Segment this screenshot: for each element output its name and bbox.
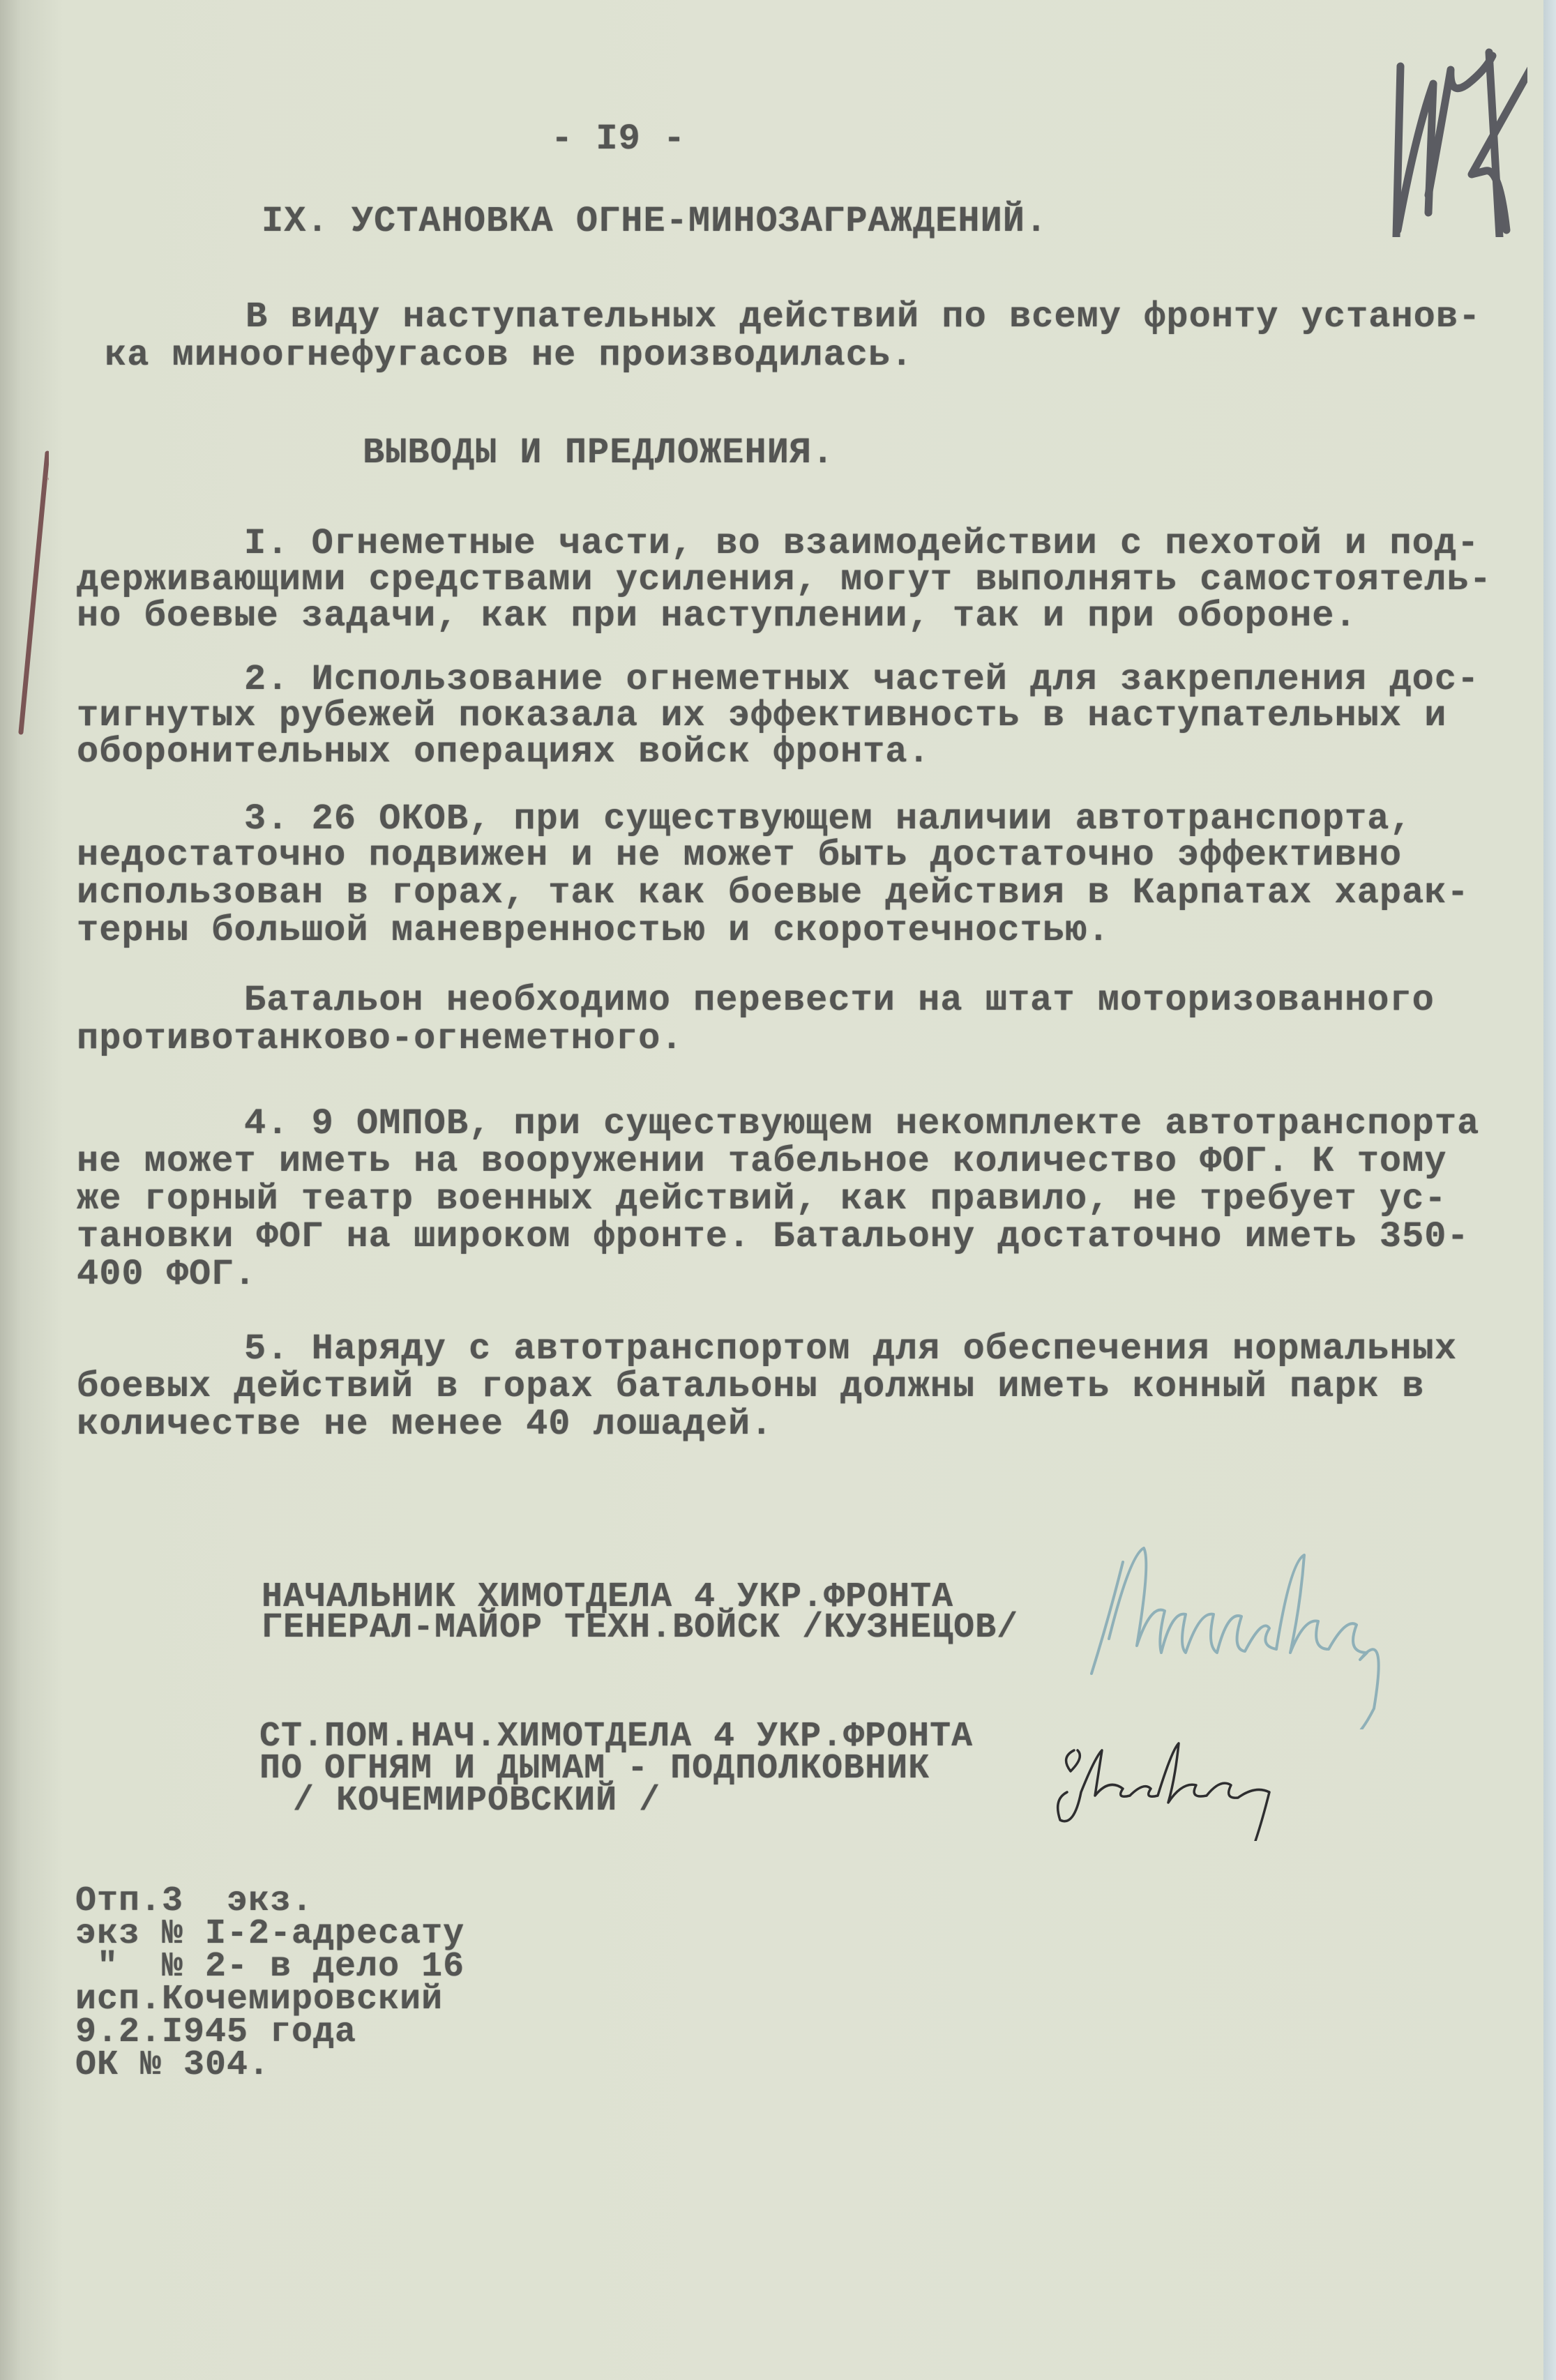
- item-3-followup-line-2: противотанково-огнеметного.: [77, 1018, 683, 1059]
- item-3-line-2: недостаточно подвижен и не может быть до…: [77, 835, 1402, 876]
- item-1-line-1: I. Огнеметные части, во взаимодействии с…: [244, 523, 1479, 564]
- intro-line-2: ка миноогнефугасов не производилась.: [105, 335, 913, 376]
- signatory-2-name: / КОЧЕМИРОВСКИЙ /: [293, 1781, 660, 1821]
- signatory-1-rank-name: ГЕНЕРАЛ-МАЙОР ТЕХН.ВОЙСК /КУЗНЕЦОВ/: [262, 1608, 1018, 1648]
- item-2-line-2: тигнутых рубежей показала их эффективнос…: [77, 695, 1447, 736]
- item-5-line-3: количестве не менее 40 лошадей.: [77, 1404, 773, 1445]
- item-5-line-1: 5. Наряду с автотранспортом для обеспече…: [244, 1328, 1457, 1370]
- item-4-line-5: 400 ФОГ.: [77, 1254, 257, 1295]
- item-1-line-2: держивающими средствами усиления, могут …: [77, 559, 1492, 600]
- item-2-line-3: оборонительных операциях войск фронта.: [77, 732, 930, 773]
- intro-line-1: В виду наступательных действий по всему …: [246, 296, 1481, 338]
- section-heading: IX. УСТАНОВКА ОГНЕ-МИНОЗАГРАЖДЕНИЙ.: [262, 201, 1048, 242]
- signature-kochemirovsky: [1046, 1729, 1325, 1841]
- item-4-line-3: же горный театр военных действий, как пр…: [77, 1178, 1447, 1220]
- item-4-line-4: тановки ФОГ на широком фронте. Батальону…: [77, 1216, 1470, 1257]
- item-3-line-4: терны большой маневренностью и скоротечн…: [77, 910, 1110, 951]
- item-3-followup-line-1: Батальон необходимо перевести на штат мо…: [244, 980, 1435, 1021]
- item-4-line-1: 4. 9 ОМПОВ, при существующем некомплекте…: [244, 1103, 1479, 1144]
- handwritten-folio-number: [1367, 28, 1527, 237]
- item-1-line-3: но боевые задачи, как при наступлении, т…: [77, 596, 1357, 637]
- item-5-line-2: боевых действий в горах батальоны должны…: [77, 1366, 1424, 1407]
- binding-pencil-mark: [7, 446, 49, 739]
- item-3-line-3: использован в горах, так как боевые дейс…: [77, 872, 1470, 914]
- page-number: - I9 -: [551, 119, 686, 160]
- dispatch-reference: ОК № 304.: [75, 2045, 270, 2085]
- item-2-line-1: 2. Использование огнеметных частей для з…: [244, 659, 1479, 700]
- conclusions-heading: ВЫВОДЫ И ПРЕДЛОЖЕНИЯ.: [363, 432, 834, 473]
- page-edge: [1543, 0, 1556, 2380]
- signature-kuznetsov: [1081, 1534, 1513, 1729]
- item-4-line-2: не может иметь на вооружении табельное к…: [77, 1141, 1447, 1182]
- item-3-line-1: 3. 26 ОКОВ, при существующем наличии авт…: [244, 798, 1412, 840]
